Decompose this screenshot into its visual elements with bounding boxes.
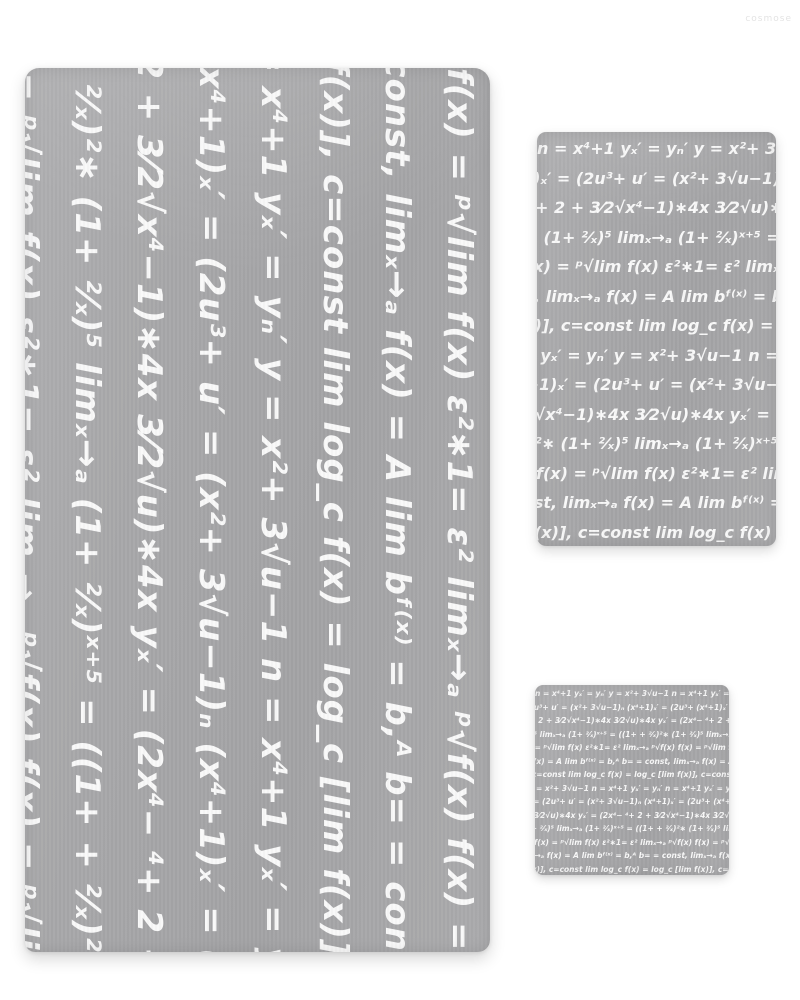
pattern-row: (x⁴+1)ₓ′ = (2u³+ u′ = (x²+ 3√u−1)ₙ (x⁴+1… xyxy=(535,795,729,809)
pattern-row: n = x⁴+1 yₓ′ = yₙ′ y = x²+ 3√u−1 n = x⁴+… xyxy=(535,782,729,796)
pattern-row: + ²⁄ₓ)²∗ (1+ ²⁄ₓ)⁵ limₓ→ₐ (1+ ²⁄ₓ)ˣ⁺⁵ = … xyxy=(537,429,776,459)
pattern-row: (x⁴+1)ₓ′ = (2u³+ u′ = (x²+ 3√u−1)ₙ (x⁴+1… xyxy=(535,701,729,715)
pattern-row: f(x) = ᵖ√lim f(x) ε²∗1= ε² limₓ→ₐ ᵖ√f(x)… xyxy=(535,741,729,755)
pattern-row: + ²⁄ₓ)²∗ (1+ ²⁄ₓ)⁵ limₓ→ₐ (1+ ²⁄ₓ)ˣ⁺⁵ = … xyxy=(56,68,118,952)
pattern-row: ⁴+ 2 + 3⁄2√x⁴−1)∗4x 3⁄2√u)∗4x yₓ′ = (2x⁴… xyxy=(535,809,729,823)
pattern-row: (x⁴+1)ₓ′ = (2u³+ u′ = (x²+ 3√u−1)ₙ (x⁴+1… xyxy=(537,370,776,400)
pattern-row: ⁴+ 2 + 3⁄2√x⁴−1)∗4x 3⁄2√u)∗4x yₓ′ = (2x⁴… xyxy=(537,193,776,223)
washcloth: n = x⁴+1 yₓ′ = yₙ′ y = x²+ 3√u−1 n = x⁴+… xyxy=(535,685,729,875)
pattern-row: = const, limₓ→ₐ f(x) = A lim bᶠ⁽ˣ⁾ = b,ᴬ… xyxy=(535,849,729,863)
pattern-row: = const, limₓ→ₐ f(x) = A lim bᶠ⁽ˣ⁾ = b,ᴬ… xyxy=(537,488,776,518)
pattern-row: f(x)], c=const lim log_c f(x) = log_c [l… xyxy=(535,768,729,782)
pattern-row: f(x) = ᵖ√lim f(x) ε²∗1= ε² limₓ→ₐ ᵖ√f(x)… xyxy=(537,459,776,489)
product-photo: cosmose f(x) = ᵖ√lim f(x) ε²∗1= ε² limₓ→… xyxy=(0,0,800,1000)
bath-towel: f(x) = ᵖ√lim f(x) ε²∗1= ε² limₓ→ₐ ᵖ√f(x)… xyxy=(25,68,490,952)
pattern-row: f(x)], c=const lim log_c f(x) = log_c [l… xyxy=(537,311,776,341)
pattern-row: ⁴+ 2 + 3⁄2√x⁴−1)∗4x 3⁄2√u)∗4x yₓ′ = (2x⁴… xyxy=(535,714,729,728)
pattern-row: (x⁴+1)ₓ′ = (2u³+ u′ = (x²+ 3√u−1)ₙ (x⁴+1… xyxy=(537,164,776,194)
pattern-row: ⁴+ 2 + 3⁄2√x⁴−1)∗4x 3⁄2√u)∗4x yₓ′ = (2x⁴… xyxy=(537,400,776,430)
pattern-row: = const, limₓ→ₐ f(x) = A lim bᶠ⁽ˣ⁾ = b,ᴬ… xyxy=(535,755,729,769)
pattern-row: + ²⁄ₓ)²∗ (1+ ²⁄ₓ)⁵ limₓ→ₐ (1+ ²⁄ₓ)ˣ⁺⁵ = … xyxy=(535,728,729,742)
pattern-row: f(x) = ᵖ√lim f(x) ε²∗1= ε² limₓ→ₐ ᵖ√f(x)… xyxy=(25,68,56,952)
pattern-row: n = x⁴+1 yₓ′ = yₙ′ y = x²+ 3√u−1 n = x⁴+… xyxy=(537,134,776,164)
formula-pattern: n = x⁴+1 yₓ′ = yₙ′ y = x²+ 3√u−1 n = x⁴+… xyxy=(535,687,729,875)
pattern-row: + ²⁄ₓ)²∗ (1+ ²⁄ₓ)⁵ limₓ→ₐ (1+ ²⁄ₓ)ˣ⁺⁵ = … xyxy=(535,822,729,836)
pattern-row: n = x⁴+1 yₓ′ = yₙ′ y = x²+ 3√u−1 n = x⁴+… xyxy=(535,687,729,701)
pattern-row: f(x)], c=const lim log_c f(x) = log_c [l… xyxy=(537,518,776,547)
pattern-row: (x⁴+1)ₓ′ = (2u³+ u′ = (x²+ 3√u−1)ₙ (x⁴+1… xyxy=(180,68,242,952)
formula-pattern: f(x) = ᵖ√lim f(x) ε²∗1= ε² limₓ→ₐ ᵖ√f(x)… xyxy=(25,68,490,952)
watermark: cosmose xyxy=(745,14,792,24)
hand-towel: n = x⁴+1 yₓ′ = yₙ′ y = x²+ 3√u−1 n = x⁴+… xyxy=(537,132,776,546)
pattern-row: f(x) = ᵖ√lim f(x) ε²∗1= ε² limₓ→ₐ ᵖ√f(x)… xyxy=(537,252,776,282)
pattern-row: n = x⁴+1 yₓ′ = yₙ′ y = x²+ 3√u−1 n = x⁴+… xyxy=(242,68,304,952)
formula-pattern: n = x⁴+1 yₓ′ = yₙ′ y = x²+ 3√u−1 n = x⁴+… xyxy=(537,134,776,546)
pattern-row: f(x) = ᵖ√lim f(x) ε²∗1= ε² limₓ→ₐ ᵖ√f(x)… xyxy=(428,68,490,952)
pattern-row: f(x)], c=const lim log_c f(x) = log_c [l… xyxy=(535,863,729,876)
pattern-row: f(x)], c=const lim log_c f(x) = log_c [l… xyxy=(304,68,366,952)
pattern-row: n = x⁴+1 yₓ′ = yₙ′ y = x²+ 3√u−1 n = x⁴+… xyxy=(537,341,776,371)
pattern-row: f(x) = ᵖ√lim f(x) ε²∗1= ε² limₓ→ₐ ᵖ√f(x)… xyxy=(535,836,729,850)
pattern-row: + ²⁄ₓ)²∗ (1+ ²⁄ₓ)⁵ limₓ→ₐ (1+ ²⁄ₓ)ˣ⁺⁵ = … xyxy=(537,223,776,253)
pattern-row: ⁴+ 2 + 3⁄2√x⁴−1)∗4x 3⁄2√u)∗4x yₓ′ = (2x⁴… xyxy=(118,68,180,952)
pattern-row: = const, limₓ→ₐ f(x) = A lim bᶠ⁽ˣ⁾ = b,ᴬ… xyxy=(366,68,428,952)
pattern-row: = const, limₓ→ₐ f(x) = A lim bᶠ⁽ˣ⁾ = b,ᴬ… xyxy=(537,282,776,312)
